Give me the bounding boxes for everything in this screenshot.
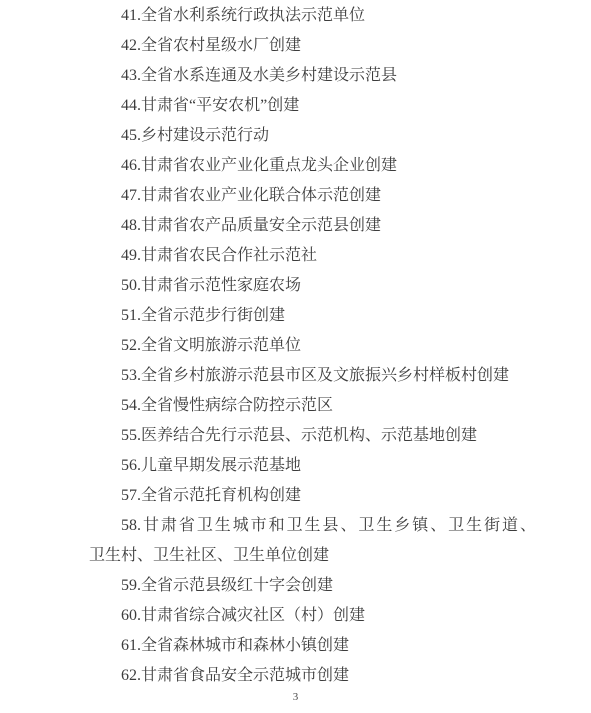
list-item: 57.全省示范托育机构创建: [89, 481, 536, 511]
list-item: 59.全省示范县级红十字会创建: [89, 571, 536, 601]
list-item: 58.甘肃省卫生城市和卫生县、卫生乡镇、卫生街道、 卫生村、卫生社区、卫生单位创…: [89, 511, 536, 571]
page-number: 3: [0, 687, 591, 707]
list-item: 60.甘肃省综合减灾社区（村）创建: [89, 601, 536, 631]
list-item: 49.甘肃省农民合作社示范社: [89, 241, 536, 271]
list-item: 61.全省森林城市和森林小镇创建: [89, 631, 536, 661]
list-item: 45.乡村建设示范行动: [89, 121, 536, 151]
list-item: 50.甘肃省示范性家庭农场: [89, 271, 536, 301]
list-item: 43.全省水系连通及水美乡村建设示范县: [89, 61, 536, 91]
list-item: 52.全省文明旅游示范单位: [89, 331, 536, 361]
list-item: 46.甘肃省农业产业化重点龙头企业创建: [89, 151, 536, 181]
list-item-line-2: 卫生村、卫生社区、卫生单位创建: [89, 541, 536, 571]
document-page: 41.全省水利系统行政执法示范单位 42.全省农村星级水厂创建 43.全省水系连…: [0, 0, 591, 713]
list-item: 53.全省乡村旅游示范县市区及文旅振兴乡村样板村创建: [89, 361, 536, 391]
list-item: 48.甘肃省农产品质量安全示范县创建: [89, 211, 536, 241]
list-item: 51.全省示范步行街创建: [89, 301, 536, 331]
list-item: 47.甘肃省农业产业化联合体示范创建: [89, 181, 536, 211]
list-item: 56.儿童早期发展示范基地: [89, 451, 536, 481]
list-item: 55.医养结合先行示范县、示范机构、示范基地创建: [89, 421, 536, 451]
list-item-line-1: 58.甘肃省卫生城市和卫生县、卫生乡镇、卫生街道、: [89, 511, 536, 541]
list-item: 54.全省慢性病综合防控示范区: [89, 391, 536, 421]
list-item: 41.全省水利系统行政执法示范单位: [89, 1, 536, 31]
list-item: 42.全省农村星级水厂创建: [89, 31, 536, 61]
list-item: 44.甘肃省“平安农机”创建: [89, 91, 536, 121]
